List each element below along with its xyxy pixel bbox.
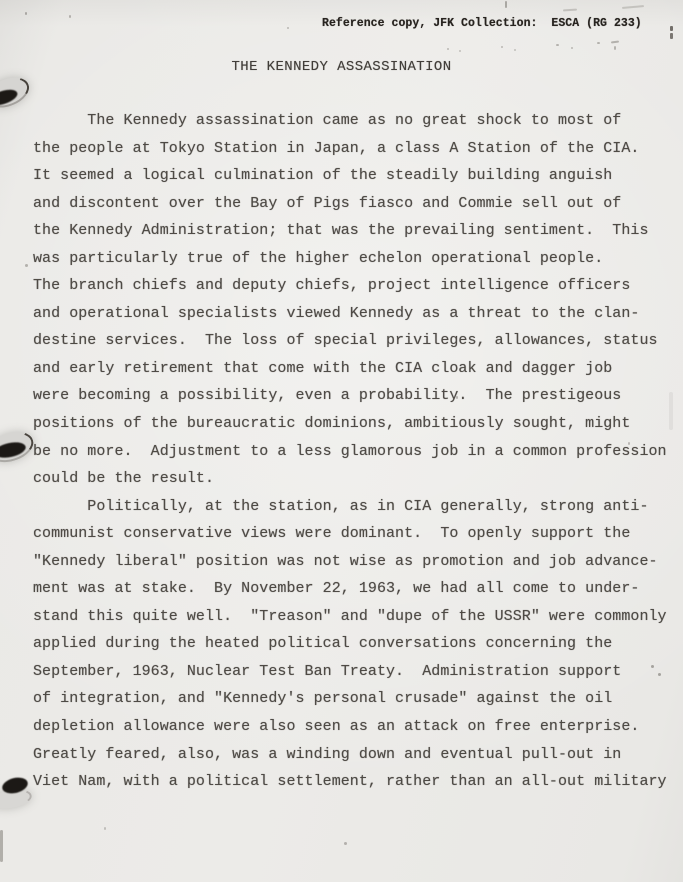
text-line: could be the result.	[33, 465, 667, 493]
text-line: the people at Tokyo Station in Japan, a …	[33, 135, 667, 163]
paper-speck	[25, 264, 28, 267]
text-line: the Kennedy Administration; that was the…	[33, 217, 667, 245]
paper-speck	[459, 50, 461, 52]
paper-speck	[563, 9, 577, 12]
text-line: destine services. The loss of special pr…	[33, 327, 667, 355]
text-line: It seemed a logical culmination of the s…	[33, 162, 667, 190]
paper-speck	[556, 44, 559, 46]
text-line: ment was at stake. By November 22, 1963,…	[33, 575, 667, 603]
text-line: and discontent over the Bay of Pigs fias…	[33, 190, 667, 218]
text-line: applied during the heated political conv…	[33, 630, 667, 658]
text-line: Greatly feared, also, was a winding down…	[33, 741, 667, 769]
paper-speck	[456, 396, 458, 399]
paper-speck	[447, 48, 449, 50]
paper-speck	[669, 392, 673, 430]
paper-speck	[628, 442, 630, 445]
text-line: September, 1963, Nuclear Test Ban Treaty…	[33, 658, 667, 686]
paper-speck	[622, 5, 644, 9]
text-line: and early retirement that come with the …	[33, 355, 667, 383]
text-line: was particularly true of the higher eche…	[33, 245, 667, 273]
paper-speck	[670, 26, 673, 31]
paper-speck	[0, 830, 3, 862]
paper-speck	[287, 27, 289, 29]
text-line: and operational specialists viewed Kenne…	[33, 300, 667, 328]
document-title: THE KENNEDY ASSASSINATION	[0, 59, 683, 75]
paper-speck	[344, 842, 347, 845]
paper-speck	[104, 827, 106, 830]
paper-speck	[670, 33, 673, 39]
paper-speck	[597, 42, 600, 44]
text-line: were becoming a possibility, even a prob…	[33, 382, 667, 410]
paper-speck	[514, 49, 516, 51]
text-line: stand this quite well. "Treason" and "du…	[33, 603, 667, 631]
text-line: of integration, and "Kennedy's personal …	[33, 685, 667, 713]
paper-speck	[571, 47, 573, 49]
text-line: The branch chiefs and deputy chiefs, pro…	[33, 272, 667, 300]
paper-speck	[69, 15, 71, 18]
text-line: Politically, at the station, as in CIA g…	[33, 493, 667, 521]
paper-speck	[658, 673, 661, 676]
text-line: positions of the bureaucratic dominions,…	[33, 410, 667, 438]
paper-speck	[505, 1, 507, 8]
text-line: The Kennedy assassination came as no gre…	[33, 107, 667, 135]
text-line: depletion allowance were also seen as an…	[33, 713, 667, 741]
paper-speck	[651, 665, 654, 668]
text-line: Viet Nam, with a political settlement, r…	[33, 768, 667, 796]
text-line: be no more. Adjustment to a less glamoro…	[33, 438, 667, 466]
text-line: communist conservative views were domina…	[33, 520, 667, 548]
paper-speck	[25, 12, 27, 15]
document-page: Reference copy, JFK Collection: ESCA (RG…	[0, 0, 683, 882]
reference-stamp: Reference copy, JFK Collection: ESCA (RG…	[322, 17, 642, 30]
paper-speck	[611, 40, 619, 43]
paper-speck	[501, 46, 503, 48]
text-line: "Kennedy liberal" position was not wise …	[33, 548, 667, 576]
paper-speck	[614, 46, 616, 50]
document-body: The Kennedy assassination came as no gre…	[33, 107, 667, 796]
